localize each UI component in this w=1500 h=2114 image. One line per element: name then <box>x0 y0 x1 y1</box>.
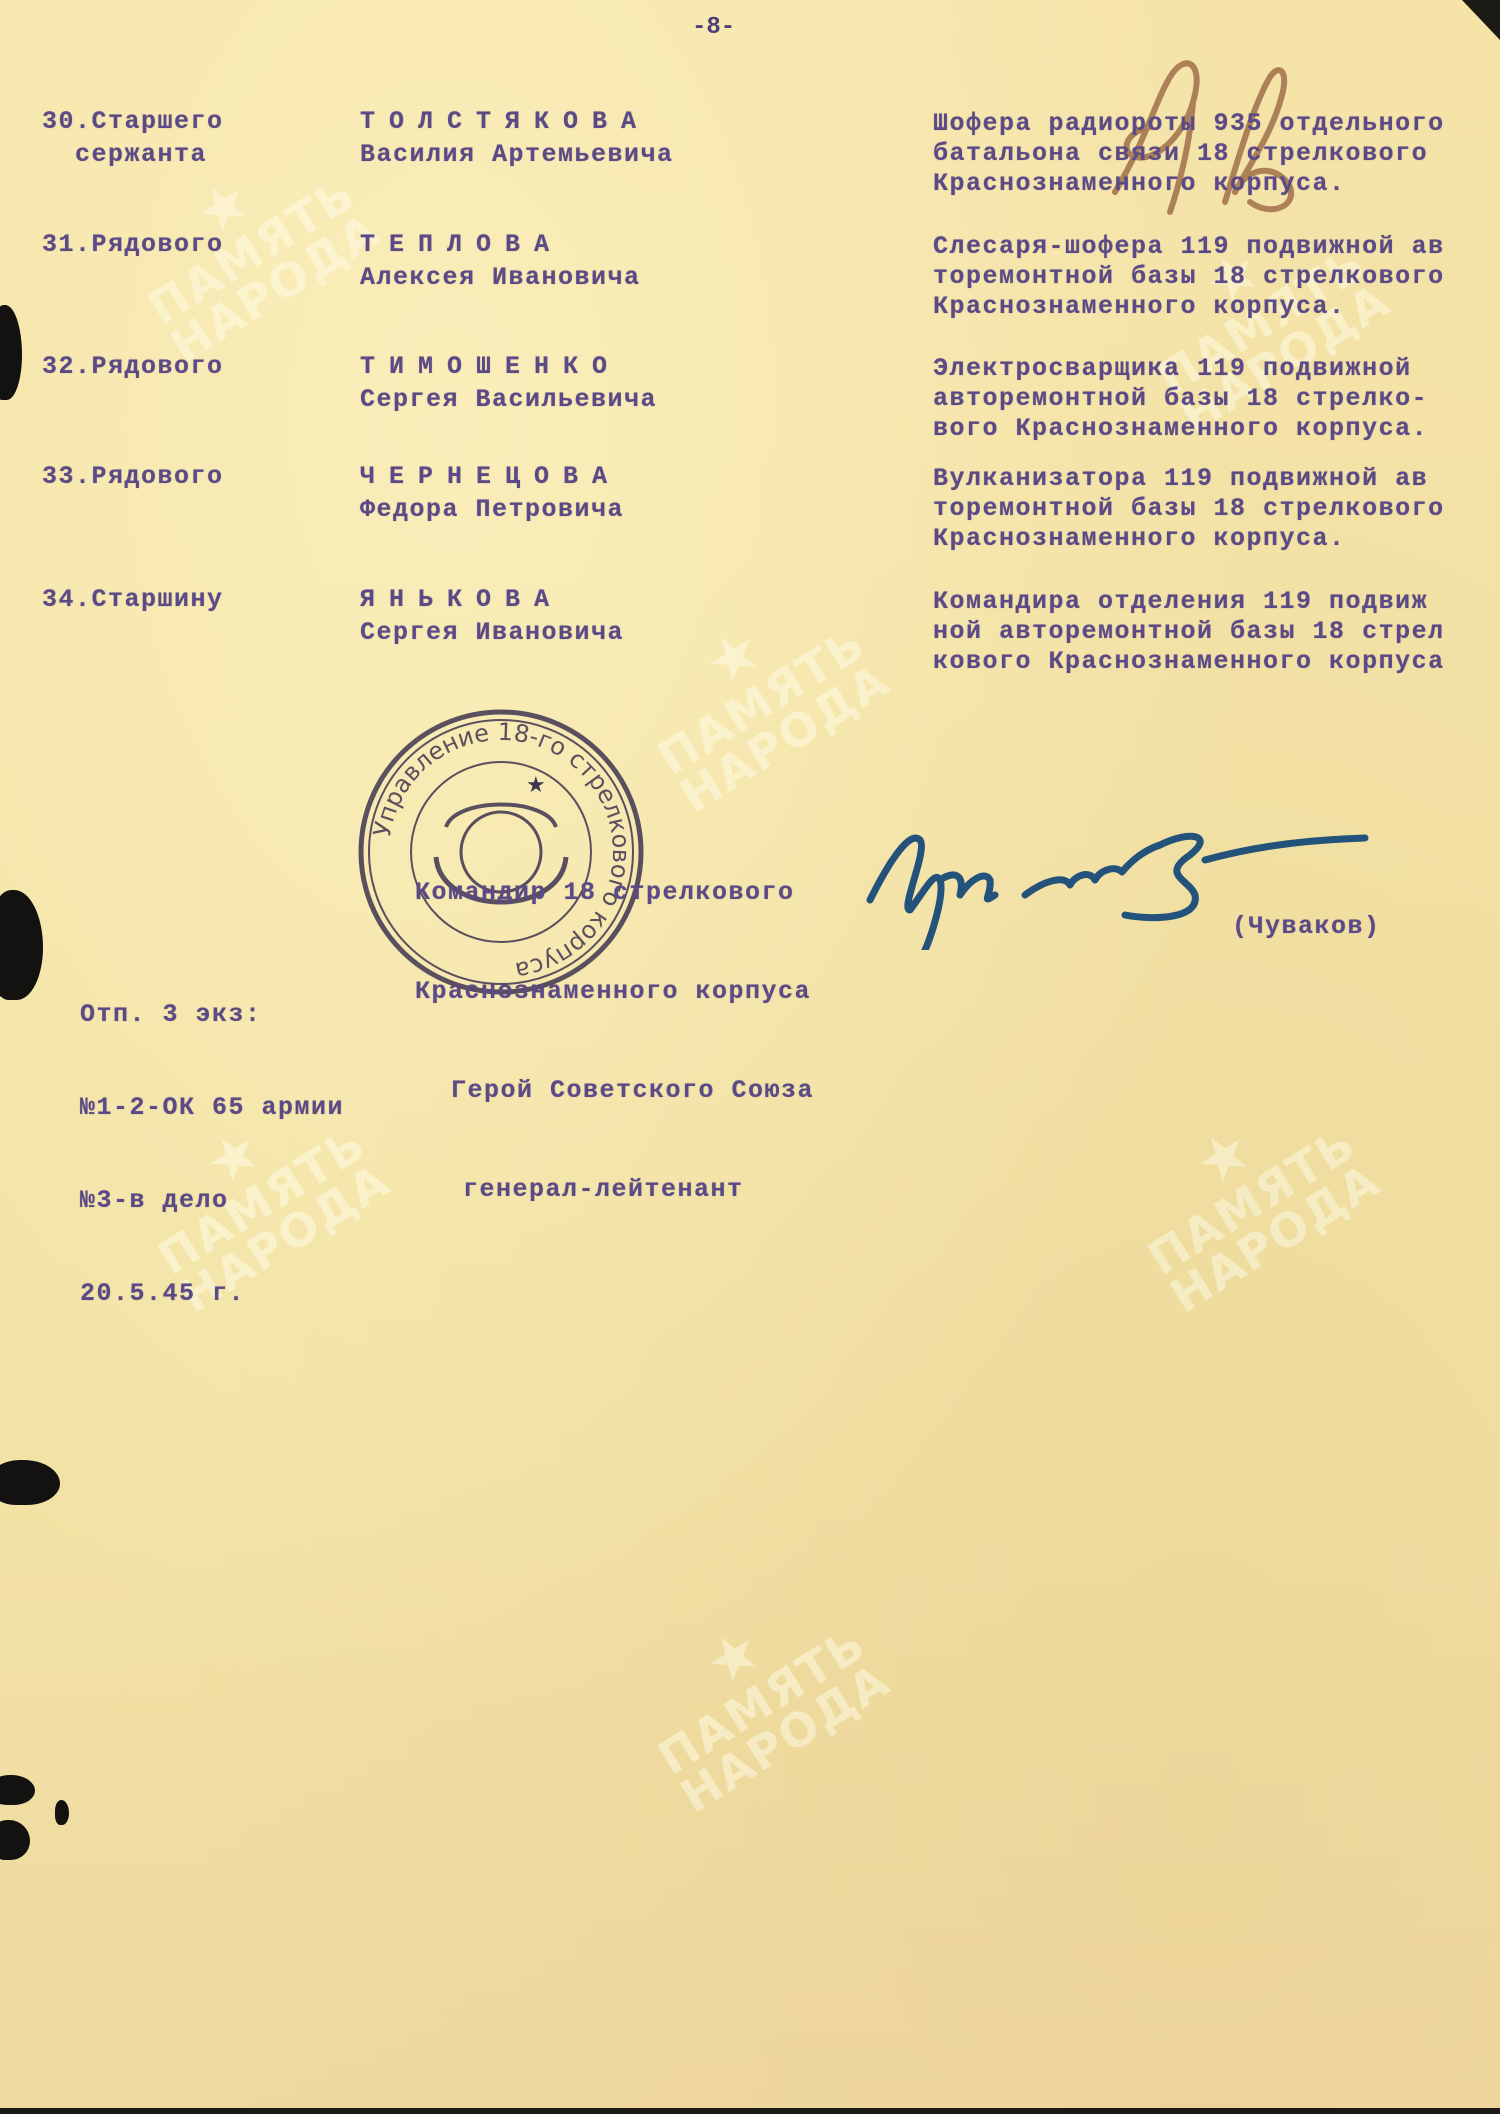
entry-given-names: Сергея Васильевича <box>360 383 657 416</box>
entry-given-names: Василия Артемьевича <box>360 138 674 171</box>
entry-position: Слесаря-шофера 119 подвижной авторемонтн… <box>933 232 1445 322</box>
entry-rank: 30.Старшего сержанта <box>42 105 224 171</box>
watermark: ★ ПАМЯТЬ НАРОДА <box>619 1569 897 1819</box>
svg-text:★: ★ <box>526 773 546 798</box>
signatory-name: (Чуваков) <box>1232 910 1381 943</box>
entry-surname: ТОЛСТЯКОВА <box>360 105 674 138</box>
signatory-title-line: Краснознаменного корпуса <box>415 975 814 1008</box>
entry-rank-line: 32.Рядового <box>42 350 224 383</box>
entry-position-line: вого Краснознаменного корпуса. <box>933 414 1428 444</box>
page-number: -8- <box>692 14 735 41</box>
entry-rank: 34.Старшину <box>42 583 224 616</box>
entry-position-line: батальона связи 18 стрелкового <box>933 139 1445 169</box>
distribution-line: №1-2-ОК 65 армии <box>80 1092 344 1123</box>
binding-hole <box>0 1775 35 1805</box>
entry-surname: ТИМОШЕНКО <box>360 350 657 383</box>
entry-position-line: Краснознаменного корпуса. <box>933 292 1445 322</box>
signatory-title: Командир 18 стрелкового Краснознаменного… <box>415 810 814 1272</box>
entry-name: ТОЛСТЯКОВАВасилия Артемьевича <box>360 105 674 171</box>
entry-position: Вулканизатора 119 подвижной авторемонтно… <box>933 464 1445 554</box>
watermark: ★ ПАМЯТЬ НАРОДА <box>619 569 897 819</box>
binding-hole <box>0 890 43 1000</box>
binding-hole <box>55 1800 69 1825</box>
entry-rank: 32.Рядового <box>42 350 224 383</box>
distribution-line: 20.5.45 г. <box>80 1278 344 1309</box>
entry-position-line: Шофера радиороты 935 отдельного <box>933 109 1445 139</box>
entry-rank: 31.Рядового <box>42 228 224 261</box>
entry-surname: ЧЕРНЕЦОВА <box>360 460 624 493</box>
entry-position-line: кового Краснознаменного корпуса <box>933 647 1445 677</box>
binding-hole <box>0 305 22 400</box>
distribution-note: Отп. 3 экз: №1-2-ОК 65 армии №3-в дело 2… <box>80 937 344 1371</box>
entry-rank-line: 34.Старшину <box>42 583 224 616</box>
entry-position-line: Командира отделения 119 подвиж <box>933 587 1445 617</box>
entry-position-line: Вулканизатора 119 подвижной ав <box>933 464 1445 494</box>
entry-name: ТИМОШЕНКОСергея Васильевича <box>360 350 657 416</box>
entry-surname: ТЕПЛОВА <box>360 228 641 261</box>
document-page: ★ ПАМЯТЬ НАРОДА ★ ПАМЯТЬ НАРОДА ★ ПАМЯТЬ… <box>0 0 1500 2114</box>
entry-name: ТЕПЛОВААлексея Ивановича <box>360 228 641 294</box>
signatory-title-line: генерал-лейтенант <box>415 1173 814 1206</box>
entry-position-line: ной авторемонтной базы 18 стрел <box>933 617 1445 647</box>
entry-position-line: Краснознаменного корпуса. <box>933 524 1445 554</box>
watermark: ★ ПАМЯТЬ НАРОДА <box>1109 1069 1387 1319</box>
entry-rank-line: 31.Рядового <box>42 228 224 261</box>
entry-rank-line: сержанта <box>42 138 224 171</box>
distribution-line: Отп. 3 экз: <box>80 999 344 1030</box>
entry-given-names: Сергея Ивановича <box>360 616 624 649</box>
entry-rank-line: 33.Рядового <box>42 460 224 493</box>
entry-given-names: Алексея Ивановича <box>360 261 641 294</box>
entry-position-line: торемонтной базы 18 стрелкового <box>933 262 1445 292</box>
distribution-line: №3-в дело <box>80 1185 344 1216</box>
signatory-title-line: Герой Советского Союза <box>415 1074 814 1107</box>
binding-hole <box>0 1460 60 1505</box>
entry-position: Электросварщика 119 подвижнойавторемонтн… <box>933 354 1428 444</box>
entry-name: ЧЕРНЕЦОВАФедора Петровича <box>360 460 624 526</box>
entry-position: Шофера радиороты 935 отдельногобатальона… <box>933 109 1445 199</box>
entry-position-line: Электросварщика 119 подвижной <box>933 354 1428 384</box>
entry-given-names: Федора Петровича <box>360 493 624 526</box>
signatory-title-line: Командир 18 стрелкового <box>415 876 814 909</box>
entry-position-line: авторемонтной базы 18 стрелко- <box>933 384 1428 414</box>
entry-position-line: Слесаря-шофера 119 подвижной ав <box>933 232 1445 262</box>
binding-hole <box>0 1820 30 1860</box>
entry-rank-line: 30.Старшего <box>42 105 224 138</box>
entry-rank: 33.Рядового <box>42 460 224 493</box>
entry-position: Командира отделения 119 подвижной авторе… <box>933 587 1445 677</box>
entry-surname: ЯНЬКОВА <box>360 583 624 616</box>
entry-name: ЯНЬКОВАСергея Ивановича <box>360 583 624 649</box>
entry-position-line: Краснознаменного корпуса. <box>933 169 1445 199</box>
entry-position-line: торемонтной базы 18 стрелкового <box>933 494 1445 524</box>
